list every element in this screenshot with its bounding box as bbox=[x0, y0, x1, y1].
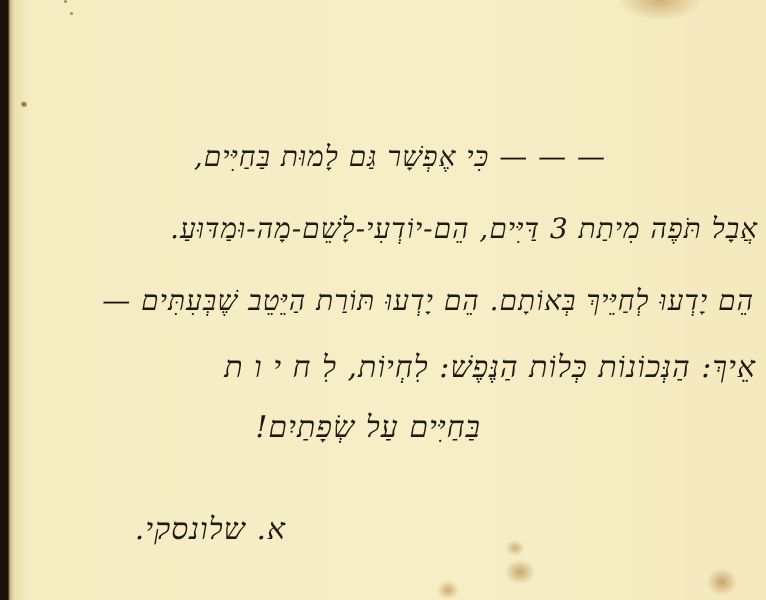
paper-page: — — — כִּי אֶפְשָׁר גַּם לָמוּת בַּחַיִּ… bbox=[0, 0, 766, 600]
signature: א. שלונסקי. bbox=[135, 512, 286, 547]
ink-spot bbox=[64, 0, 67, 3]
handwritten-line-3: הֵם יָדְעוּ לְחַיֵּיךְ בְּאוֹתָם. הֵם יָ… bbox=[102, 284, 754, 318]
binding-edge bbox=[8, 0, 14, 600]
handwritten-line-4: אֵיךְ: הַנְּכוֹנוֹת כְּלוֹת הַנֶּפֶשׁ: ל… bbox=[224, 350, 756, 385]
handwritten-line-1: — — — כִּי אֶפְשָׁר גַּם לָמוּת בַּחַיִּ… bbox=[194, 140, 606, 174]
handwritten-line-2: אֲבָל תֹּפֶה מִיתַת 3 דַּיִּים, הֵם-יוֹד… bbox=[170, 212, 758, 246]
ink-spot bbox=[70, 12, 73, 15]
handwritten-line-5: בַּחַיִּים עַל שְׂפָתַיִם! bbox=[255, 410, 481, 445]
ink-spot bbox=[22, 102, 27, 107]
